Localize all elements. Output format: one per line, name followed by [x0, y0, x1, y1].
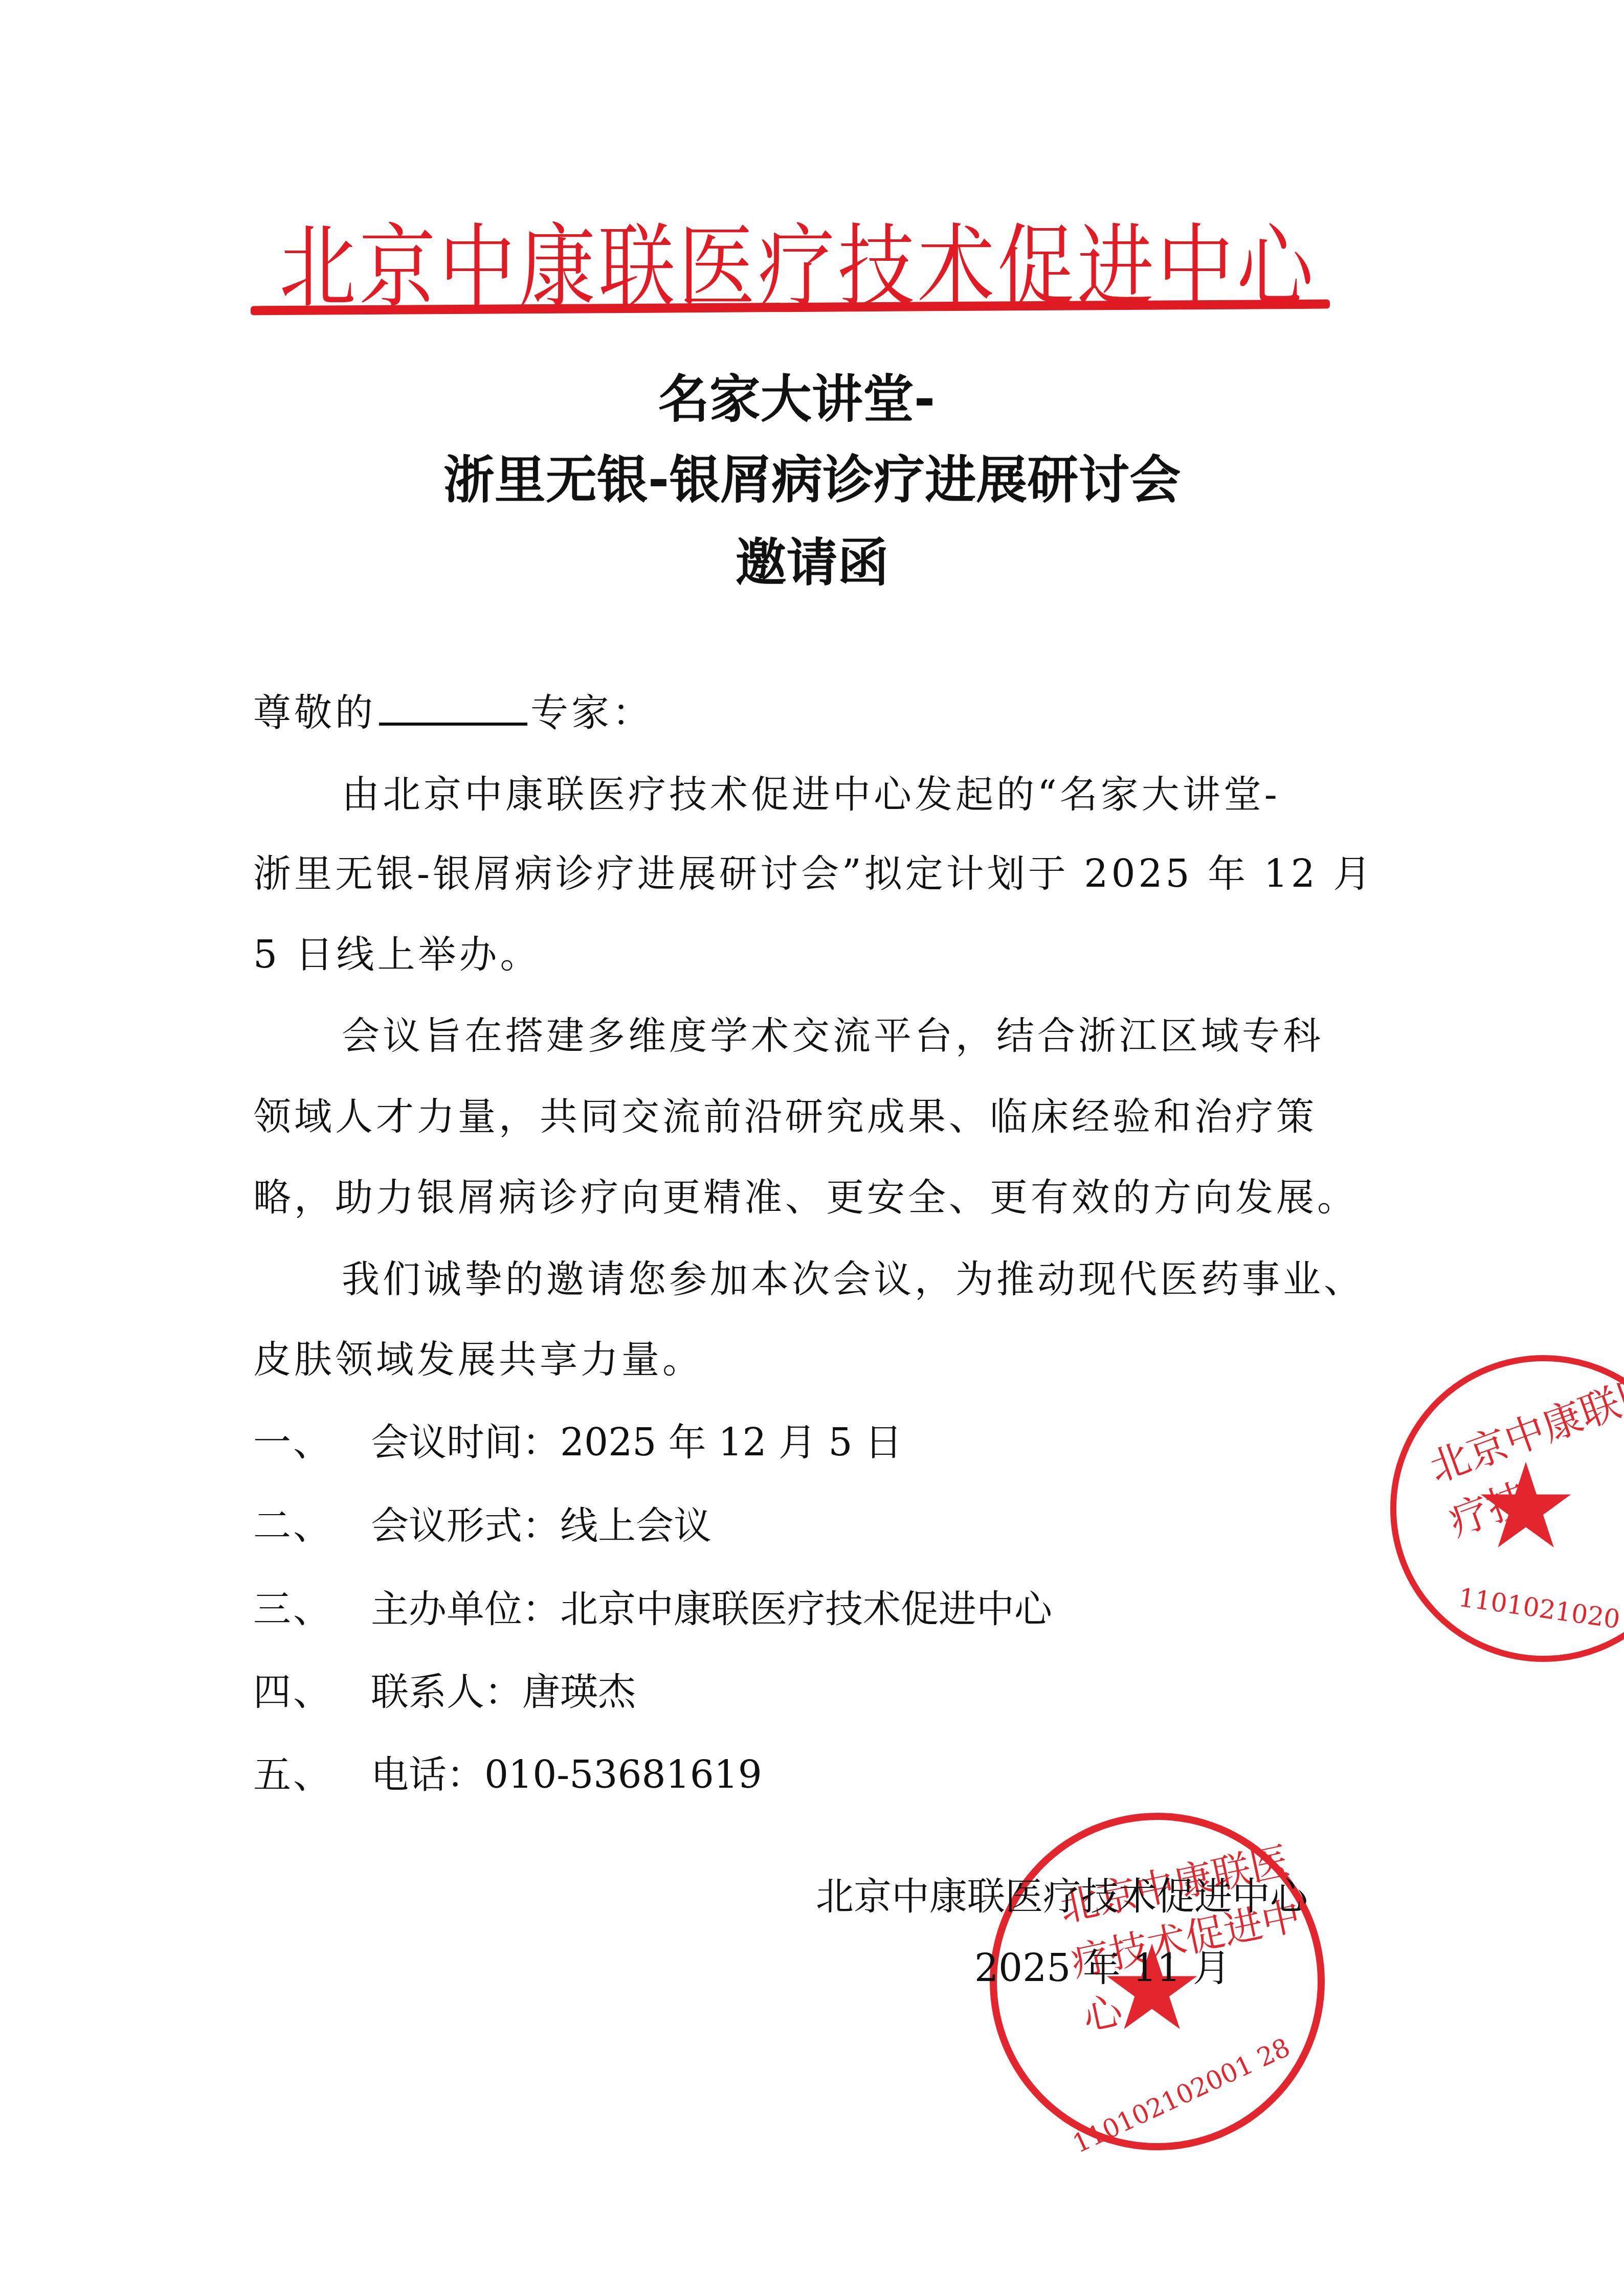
paragraph-2-line-3: 略，助力银屑病诊疗向更精准、更安全、更有效的方向发展。 — [253, 1167, 1358, 1222]
detail-value: 北京中康联医疗技术促进中心 — [560, 1587, 1052, 1631]
official-seal-edge: 北京中康联医疗技 ★ 1101021020 01 — [1390, 1355, 1624, 1662]
detail-number: 二、 — [253, 1496, 371, 1550]
detail-label: 主办单位： — [371, 1587, 560, 1631]
detail-label: 联系人： — [371, 1670, 522, 1714]
detail-organizer: 三、主办单位：北京中康联医疗技术促进中心 — [253, 1579, 1052, 1633]
detail-number: 五、 — [253, 1745, 371, 1799]
detail-label: 会议形式： — [371, 1504, 560, 1548]
detail-number: 四、 — [253, 1662, 371, 1716]
salutation-prefix: 尊敬的 — [253, 691, 376, 735]
doc-title-line1: 名家大讲堂- — [0, 358, 1609, 432]
paragraph-3-line-1: 我们诚挚的邀请您参加本次会议，为推动现代医药事业、 — [342, 1249, 1365, 1303]
paragraph-3-line-2: 皮肤领域发展共享力量。 — [253, 1330, 703, 1384]
salutation: 尊敬的专家： — [253, 683, 653, 737]
detail-phone: 五、电话：010-53681619 — [253, 1745, 762, 1799]
detail-contact: 四、联系人：唐瑛杰 — [253, 1662, 636, 1716]
paragraph-1-line-3: 5 日线上举办。 — [253, 925, 541, 979]
detail-value: 010-53681619 — [484, 1753, 762, 1797]
paragraph-1-line-1: 由北京中康联医疗技术促进中心发起的“名家大讲堂- — [342, 764, 1280, 819]
detail-value: 2025 年 12 月 5 日 — [560, 1421, 902, 1465]
salutation-suffix: 专家： — [530, 691, 653, 735]
detail-number: 三、 — [253, 1579, 371, 1633]
detail-number: 一、 — [253, 1412, 371, 1467]
signature-date: 2025 年 11 月 — [974, 1938, 1231, 1992]
detail-meeting-time: 一、会议时间：2025 年 12 月 5 日 — [253, 1412, 902, 1467]
doc-title-line3: 邀请函 — [0, 522, 1624, 595]
detail-meeting-format: 二、会议形式：线上会议 — [253, 1496, 711, 1550]
star-icon: ★ — [1473, 1448, 1578, 1566]
recipient-name-blank — [379, 717, 527, 726]
paragraph-2-line-2: 领域人才力量，共同交流前沿研究成果、临床经验和治疗策 — [253, 1087, 1317, 1141]
doc-title-line2: 浙里无银-银屑病诊疗进展研讨会 — [0, 439, 1624, 512]
detail-label: 电话： — [371, 1753, 484, 1797]
detail-value: 唐瑛杰 — [522, 1670, 636, 1714]
signature-organization: 北京中康联医疗技术促进中心 — [816, 1866, 1308, 1921]
paragraph-1-line-2: 浙里无银-银屑病诊疗进展研讨会”拟定计划于 2025 年 12 月 — [253, 844, 1374, 898]
detail-label: 会议时间： — [371, 1421, 560, 1465]
seal-edge-code: 1101021020 01 — [1457, 1583, 1624, 1640]
paragraph-2-line-1: 会议旨在搭建多维度学术交流平台，结合浙江区域专科 — [342, 1006, 1324, 1060]
detail-value: 线上会议 — [560, 1504, 711, 1548]
